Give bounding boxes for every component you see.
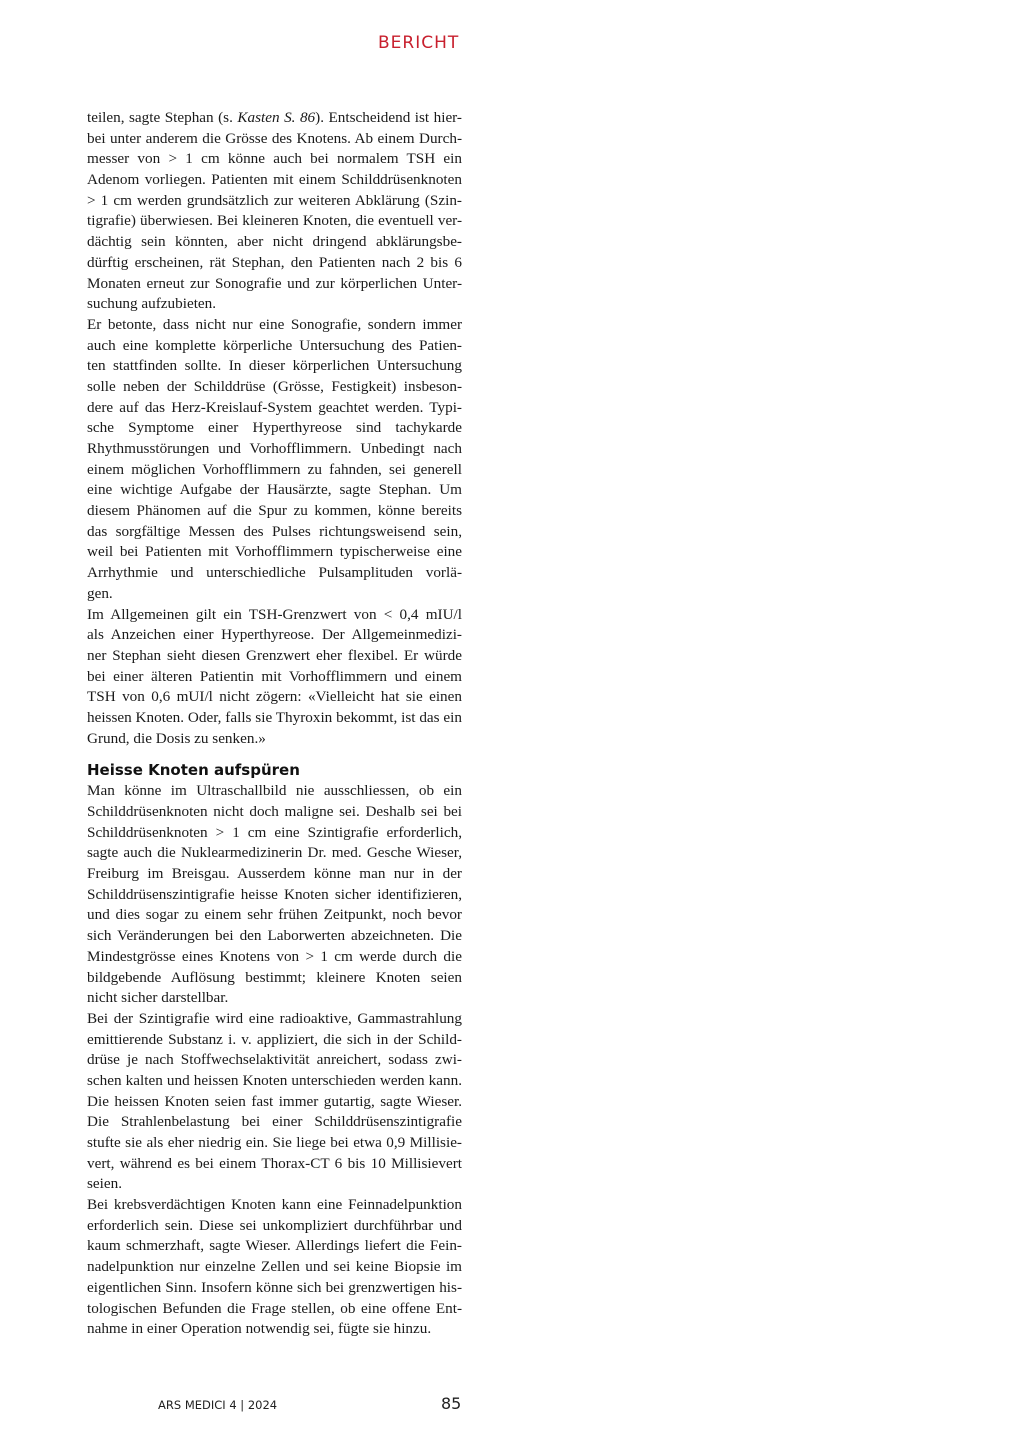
text-line: heissen Knoten. Oder, falls sie Thyroxin… [87,708,462,729]
text-line: schen kalten und heissen Knoten untersch… [87,1071,462,1092]
text-line: Bei der Szintigrafie wird eine radioakti… [87,1009,462,1030]
text-line: diesem Phänomen auf die Spur zu kommen, … [87,501,462,522]
cross-reference: Kasten S. 86 [237,109,315,126]
text-line: suchung aufzubieten. [87,294,462,315]
text-line: kaum schmerzhaft, sagte Wieser. Allerdin… [87,1236,462,1257]
text-line: dürftig erscheinen, rät Stephan, den Pat… [87,253,462,274]
section-label: BERICHT [378,33,459,53]
text-line: Schilddrüsenknoten nicht doch maligne se… [87,802,462,823]
text-line: das sorgfältige Messen des Pulses richtu… [87,522,462,543]
text-line: stufte sie als eher niedrig ein. Sie lie… [87,1133,462,1154]
text-line: Grund, die Dosis zu senken.» [87,729,462,750]
text-line: Man könne im Ultraschallbild nie ausschl… [87,781,462,802]
text-line: Arrhythmie und unterschiedliche Pulsampl… [87,563,462,584]
text-line: ner Stephan sieht diesen Grenzwert eher … [87,646,462,667]
text-line: TSH von 0,6 mUI/l nicht zögern: «Viellei… [87,687,462,708]
text-line: sagte auch die Nuklearmedizinerin Dr. me… [87,843,462,864]
paragraph: Man könne im Ultraschallbild nie ausschl… [87,781,462,1009]
journal-issue: ARS MEDICI 4 | 2024 [158,1398,277,1412]
text-line: erforderlich sein. Diese sei unkomplizie… [87,1216,462,1237]
paragraph: teilen, sagte Stephan (s. Kasten S. 86).… [87,108,462,315]
text-line: Schilddrüsenknoten > 1 cm eine Szintigra… [87,823,462,844]
section-heading: Heisse Knoten aufspüren [87,759,462,781]
text-line: Adenom vorliegen. Patienten mit einem Sc… [87,170,462,191]
text-line: Im Allgemeinen gilt ein TSH-Grenzwert vo… [87,605,462,626]
text-line: nicht sicher darstellbar. [87,988,462,1009]
text-line: gen. [87,584,462,605]
text-line: bildgebende Auflösung bestimmt; kleinere… [87,968,462,989]
text-line: dere auf das Herz-Kreislauf-System geach… [87,398,462,419]
text-line: ten stattfinden sollte. In dieser körper… [87,356,462,377]
text-line: bei unter anderem die Grösse des Knotens… [87,129,462,150]
text-line: > 1 cm werden grundsätzlich zur weiteren… [87,191,462,212]
text-line: und dies sogar zu einem sehr frühen Zeit… [87,905,462,926]
text-line: Mindestgrösse eines Knotens von > 1 cm w… [87,947,462,968]
page-number: 85 [441,1394,461,1413]
text-line: drüse je nach Stoffwechselaktivität anre… [87,1050,462,1071]
text-line: als Anzeichen einer Hyperthyreose. Der A… [87,625,462,646]
text-line: tologischen Befunden die Frage stellen, … [87,1299,462,1320]
text-line: Die Strahlenbelastung bei einer Schilddr… [87,1112,462,1133]
text-line: bei einer älteren Patientin mit Vorhoffl… [87,667,462,688]
text-line: Er betonte, dass nicht nur eine Sonograf… [87,315,462,336]
text-line: nahme in einer Operation notwendig sei, … [87,1319,462,1340]
paragraph: Im Allgemeinen gilt ein TSH-Grenzwert vo… [87,605,462,750]
paragraph: Bei krebsverdächtigen Knoten kann eine F… [87,1195,462,1340]
text-line: seien. [87,1174,462,1195]
text-line: eine wichtige Aufgabe der Hausärzte, sag… [87,480,462,501]
text-line: vert, während es bei einem Thorax-CT 6 b… [87,1154,462,1175]
text-line: Die heissen Knoten seien fast immer guta… [87,1092,462,1113]
text-line: weil bei Patienten mit Vorhofflimmern ty… [87,542,462,563]
text-line: emittierende Substanz i. v. appliziert, … [87,1030,462,1051]
text-line: eigentlichen Sinn. Insofern könne sich b… [87,1278,462,1299]
text-line: solle neben der Schilddrüse (Grösse, Fes… [87,377,462,398]
paragraph: Er betonte, dass nicht nur eine Sonograf… [87,315,462,605]
text-line: Freiburg im Breisgau. Ausserdem könne ma… [87,864,462,885]
text-line: auch eine komplette körperliche Untersuc… [87,336,462,357]
text-line: dächtig sein könnten, aber nicht dringen… [87,232,462,253]
text-line: tigrafie) überwiesen. Bei kleineren Knot… [87,211,462,232]
text-line: messer von > 1 cm könne auch bei normale… [87,149,462,170]
text-line: einem möglichen Vorhofflimmern zu fahnde… [87,460,462,481]
paragraph: Bei der Szintigrafie wird eine radioakti… [87,1009,462,1195]
article-column: teilen, sagte Stephan (s. Kasten S. 86).… [87,108,462,1340]
text-line: teilen, sagte Stephan (s. Kasten S. 86).… [87,108,462,129]
text-line: Bei krebsverdächtigen Knoten kann eine F… [87,1195,462,1216]
text-line: sche Symptome einer Hyperthyreose sind t… [87,418,462,439]
text-line: Schilddrüsenszintigrafie heisse Knoten s… [87,885,462,906]
text-line: sich Veränderungen bei den Laborwerten a… [87,926,462,947]
text-line: Rhythmusstörungen und Vorhofflimmern. Un… [87,439,462,460]
text-line: Monaten erneut zur Sonografie und zur kö… [87,274,462,295]
text-line: nadelpunktion nur einzelne Zellen und se… [87,1257,462,1278]
